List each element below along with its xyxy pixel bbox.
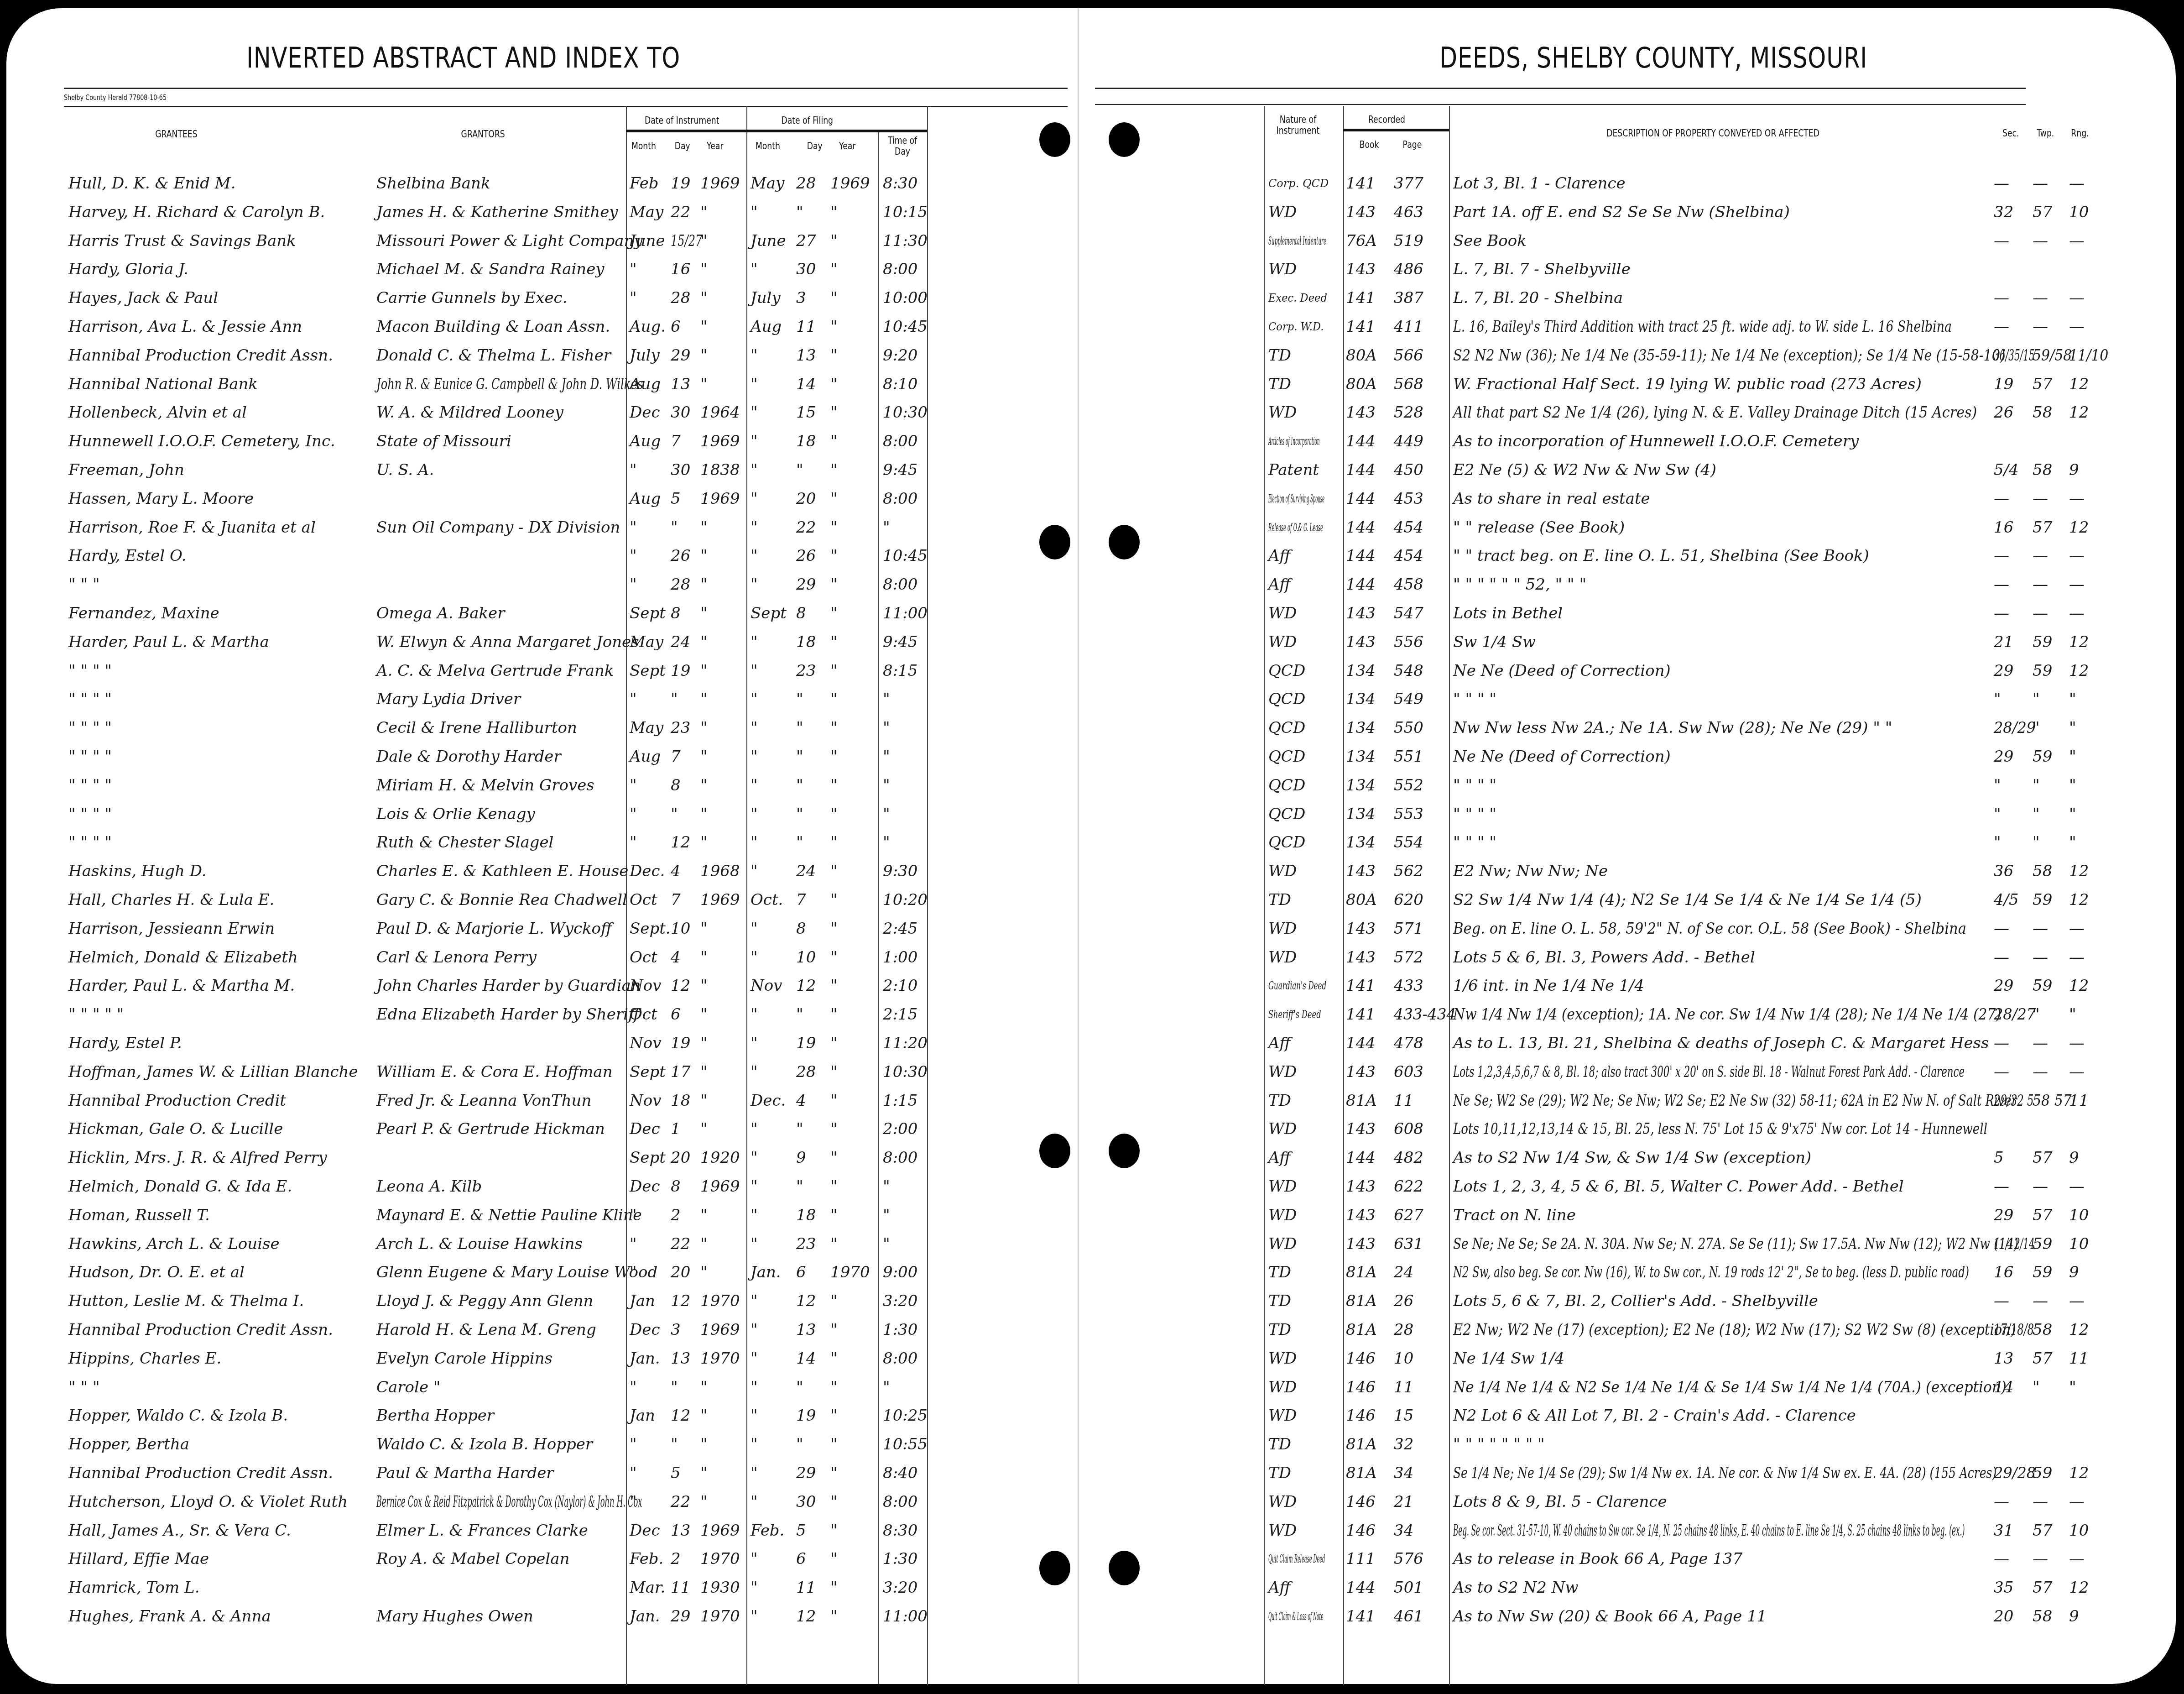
grantee: Hawkins, Arch L. & Louise: [68, 1229, 280, 1259]
inst-month: ": [630, 283, 637, 313]
time-of-day: 10:30: [883, 1057, 926, 1087]
nature-of-instrument: WD: [1268, 1401, 1297, 1430]
time-of-day: 8:00: [883, 570, 917, 599]
header-rule: [1095, 104, 2026, 105]
page: 10: [1394, 1344, 1413, 1373]
col-header-year: Year: [839, 141, 855, 152]
rng: 10: [2069, 1516, 2089, 1545]
file-year: 1970: [830, 1258, 870, 1287]
inst-year: 1969: [700, 1172, 740, 1201]
file-year: ": [830, 656, 838, 685]
file-month: ": [751, 685, 758, 714]
grantee: Hall, Charles H. & Lula E.: [68, 885, 274, 915]
book: 134: [1346, 742, 1376, 771]
file-day: ": [796, 1114, 803, 1144]
rng: 11/10: [2069, 341, 2099, 370]
grantee: Hardy, Estel P.: [68, 1029, 182, 1058]
inst-year: 1969: [700, 484, 740, 513]
nature-of-instrument: TD: [1268, 1430, 1291, 1459]
time-of-day: 10:15: [883, 198, 926, 227]
file-day: 19: [796, 1401, 816, 1430]
grantee: " " " ": [68, 685, 112, 714]
description: " " release (See Book): [1453, 513, 1625, 542]
file-day: 11: [796, 1573, 816, 1602]
nature-of-instrument: TD: [1268, 1086, 1291, 1115]
file-day: ": [796, 685, 803, 714]
grantor: James H. & Katherine Smithey: [376, 198, 618, 227]
rng: ": [2069, 1000, 2076, 1029]
col-header-grantors: GRANTORS: [461, 129, 505, 140]
inst-year: 1969: [700, 885, 740, 915]
time-of-day: 2:15: [883, 1000, 917, 1029]
book: 81A: [1346, 1086, 1377, 1115]
inst-year: ": [700, 828, 708, 857]
inst-year: ": [700, 800, 708, 829]
book: 141: [1346, 1000, 1376, 1029]
inst-month: ": [630, 1373, 637, 1402]
twp: 57: [2033, 1344, 2052, 1373]
nature-of-instrument: WD: [1268, 1373, 1297, 1402]
file-year: ": [830, 1172, 838, 1201]
nature-of-instrument: TD: [1268, 1315, 1291, 1344]
file-year: ": [830, 370, 838, 399]
file-day: 26: [796, 541, 816, 570]
description: Lots in Bethel: [1453, 599, 1563, 628]
col-divider: [1264, 106, 1265, 1685]
grantor: Mary Lydia Driver: [376, 685, 521, 714]
twp: —: [2033, 312, 2048, 341]
inst-month: Jan: [630, 1286, 655, 1316]
nature-of-instrument: WD: [1268, 198, 1297, 227]
file-year: ": [830, 599, 838, 628]
grantor: John Charles Harder by Guardian: [376, 971, 625, 1000]
twp: 57: [2033, 1573, 2052, 1602]
inst-month: Nov: [630, 1029, 661, 1058]
file-year: ": [830, 283, 838, 313]
inst-month: Oct: [630, 1000, 657, 1029]
description: As to release in Book 66 A, Page 137: [1453, 1544, 1742, 1574]
col-header-twp: Twp.: [2037, 128, 2054, 139]
book: 146: [1346, 1344, 1376, 1373]
page: 620: [1394, 885, 1423, 915]
page: 549: [1394, 685, 1423, 714]
grantor: Lois & Orlie Kenagy: [376, 800, 535, 829]
time-of-day: 8:00: [883, 1143, 917, 1172]
inst-day: 20: [671, 1258, 690, 1287]
grantor: Paul & Martha Harder: [376, 1459, 554, 1488]
file-day: 27: [796, 226, 816, 256]
inst-year: ": [700, 1114, 708, 1144]
book: 144: [1346, 570, 1376, 599]
description: Lots 5, 6 & 7, Bl. 2, Collier's Add. - S…: [1453, 1286, 1818, 1316]
file-day: 28: [796, 1057, 816, 1087]
twp: —: [2033, 914, 2048, 943]
time-of-day: 2:45: [883, 914, 917, 943]
book: 141: [1346, 1602, 1376, 1631]
file-year: ": [830, 943, 838, 972]
file-year: ": [830, 1143, 838, 1172]
grantee: Hippins, Charles E.: [68, 1344, 221, 1373]
inst-month: Aug: [630, 484, 661, 513]
inst-year: 1969: [700, 169, 740, 198]
file-day: 30: [796, 255, 816, 284]
description: As to S2 Nw 1/4 Sw, & Sw 1/4 Sw (excepti…: [1453, 1143, 1811, 1172]
grantee: Hamrick, Tom L.: [68, 1573, 200, 1602]
nature-of-instrument: QCD: [1268, 713, 1305, 742]
file-day: 29: [796, 570, 816, 599]
inst-year: ": [700, 627, 708, 657]
description: N2 Sw, also beg. Se cor. Nw (16), W. to …: [1453, 1258, 1808, 1287]
inst-year: ": [700, 914, 708, 943]
rng: —: [2069, 1057, 2085, 1087]
grantee: Hickman, Gale O. & Lucille: [68, 1114, 283, 1144]
grantor: Harold H. & Lena M. Greng: [376, 1315, 596, 1344]
inst-day: 13: [671, 1516, 690, 1545]
printer-imprint: Shelby County Herald 77808-10-65: [64, 94, 167, 102]
twp: —: [2033, 1286, 2048, 1316]
grantor: Paul D. & Marjorie L. Wyckoff: [376, 914, 612, 943]
file-year: ": [830, 198, 838, 227]
rng: 10: [2069, 1201, 2089, 1230]
time-of-day: 3:20: [883, 1286, 917, 1316]
page: 603: [1394, 1057, 1423, 1087]
book: 143: [1346, 1229, 1376, 1259]
twp: 59/58: [2033, 341, 2063, 370]
rng: 11: [2069, 1344, 2089, 1373]
file-year: ": [830, 885, 838, 915]
file-month: June: [751, 226, 786, 256]
page: 501: [1394, 1573, 1423, 1602]
file-day: 4: [796, 1086, 806, 1115]
time-of-day: 10:25: [883, 1401, 926, 1430]
nature-of-instrument: Aff: [1268, 541, 1291, 570]
grantee: Hopper, Bertha: [68, 1430, 189, 1459]
file-year: ": [830, 857, 838, 886]
file-day: 18: [796, 627, 816, 657]
file-month: May: [751, 169, 784, 198]
time-of-day: 8:00: [883, 1487, 917, 1516]
description: Lot 3, Bl. 1 - Clarence: [1453, 169, 1626, 198]
file-month: ": [751, 1315, 758, 1344]
inst-year: ": [700, 541, 708, 570]
grantee: Harrison, Jessieann Erwin: [68, 914, 275, 943]
twp: 58: [2033, 1602, 2052, 1631]
file-year: ": [830, 1315, 838, 1344]
inst-year: ": [700, 599, 708, 628]
time-of-day: 1:00: [883, 943, 917, 972]
col-header-month: Month: [756, 141, 780, 152]
description: As to L. 13, Bl. 21, Shelbina & deaths o…: [1453, 1029, 1978, 1058]
file-year: ": [830, 570, 838, 599]
grantee: Hall, James A., Sr. & Vera C.: [68, 1516, 291, 1545]
grantor: Michael M. & Sandra Rainey: [376, 255, 605, 284]
book: 80A: [1346, 370, 1377, 399]
book: 141: [1346, 169, 1376, 198]
sec: 16: [1994, 1258, 2013, 1287]
sec: ": [1994, 685, 2001, 714]
description: Ne 1/4 Sw 1/4: [1453, 1344, 1564, 1373]
book: 143: [1346, 857, 1376, 886]
book: 111: [1346, 1544, 1376, 1574]
time-of-day: ": [883, 513, 890, 542]
nature-of-instrument: WD: [1268, 599, 1297, 628]
sec: 29: [1994, 656, 2013, 685]
file-month: ": [751, 1401, 758, 1430]
file-month: ": [751, 914, 758, 943]
book: 134: [1346, 656, 1376, 685]
book: 146: [1346, 1373, 1376, 1402]
file-year: ": [830, 1286, 838, 1316]
sec: —: [1994, 1029, 2009, 1058]
twp: 58: [2033, 455, 2052, 485]
rng: —: [2069, 1029, 2085, 1058]
description: Se Ne; Ne Se; Se 2A. N. 30A. Nw Se; N. 2…: [1453, 1229, 1856, 1259]
col-divider: [746, 106, 747, 1685]
file-month: July: [751, 283, 781, 313]
inst-day: 26: [671, 541, 690, 570]
grantee: " " " ": [68, 828, 112, 857]
grantee: Hollenbeck, Alvin et al: [68, 398, 247, 427]
grantee: Hughes, Frank A. & Anna: [68, 1602, 271, 1631]
nature-of-instrument: TD: [1268, 885, 1291, 915]
col-divider: [1449, 106, 1450, 1685]
inst-year: 1969: [700, 427, 740, 456]
file-month: ": [751, 1114, 758, 1144]
rng: ": [2069, 685, 2076, 714]
inst-month: Nov: [630, 1086, 661, 1115]
book: 146: [1346, 1487, 1376, 1516]
grantee: " " ": [68, 570, 100, 599]
grantee: Harrison, Roe F. & Juanita et al: [68, 513, 316, 542]
grantee: " " " ": [68, 656, 112, 685]
grantor: Charles E. & Kathleen E. House: [376, 857, 625, 886]
grantor: Shelbina Bank: [376, 169, 490, 198]
time-of-day: ": [883, 685, 890, 714]
sec: —: [1994, 599, 2009, 628]
book: 141: [1346, 971, 1376, 1000]
time-of-day: 10:30: [883, 398, 926, 427]
file-year: ": [830, 1344, 838, 1373]
inst-year: ": [700, 1401, 708, 1430]
grantor: Ruth & Chester Slagel: [376, 828, 553, 857]
inst-day: 5: [671, 484, 681, 513]
file-month: ": [751, 1487, 758, 1516]
nature-of-instrument: Corp. QCD: [1268, 169, 1329, 198]
col-header-page: Page: [1403, 139, 1422, 150]
twp: —: [2033, 1544, 2048, 1574]
col-header-description: DESCRIPTION OF PROPERTY CONVEYED OR AFFE…: [1606, 128, 1819, 139]
book: 134: [1346, 800, 1376, 829]
grantee: Fernandez, Maxine: [68, 599, 219, 628]
file-month: ": [751, 455, 758, 485]
time-of-day: 2:10: [883, 971, 917, 1000]
inst-day: 2: [671, 1544, 681, 1574]
time-of-day: ": [883, 1172, 890, 1201]
description: Part 1A. off E. end S2 Se Se Nw (Shelbin…: [1453, 198, 1790, 227]
inst-day: 22: [671, 1487, 690, 1516]
file-month: ": [751, 1143, 758, 1172]
inst-day: 6: [671, 1000, 681, 1029]
page-title-right: DEEDS, SHELBY COUNTY, MISSOURI: [1439, 41, 1867, 74]
file-year: ": [830, 800, 838, 829]
book: 81A: [1346, 1258, 1377, 1287]
description: Ne Ne (Deed of Correction): [1453, 742, 1671, 771]
sec: 29: [1994, 742, 2013, 771]
inst-month: ": [630, 800, 637, 829]
file-month: ": [751, 1344, 758, 1373]
grantee: Helmich, Donald G. & Ida E.: [68, 1172, 292, 1201]
page: 34: [1394, 1516, 1413, 1545]
twp: 57: [2033, 1516, 2052, 1545]
description: Sw 1/4 Sw: [1453, 627, 1536, 657]
inst-year: ": [700, 283, 708, 313]
rng: —: [2069, 1544, 2085, 1574]
twp: 57: [2033, 370, 2052, 399]
nature-of-instrument: QCD: [1268, 685, 1305, 714]
twp: —: [2033, 484, 2048, 513]
time-of-day: 9:20: [883, 341, 917, 370]
book: 76A: [1346, 226, 1377, 256]
grantor: Bernice Cox & Reid Fitzpatrick & Dorothy…: [376, 1487, 495, 1516]
file-year: ": [830, 427, 838, 456]
file-day: ": [796, 1430, 803, 1459]
binder-hole: [1109, 1551, 1140, 1585]
book: 143: [1346, 255, 1376, 284]
file-month: ": [751, 627, 758, 657]
inst-day: 15/27: [671, 226, 690, 256]
inst-day: 13: [671, 370, 690, 399]
grantor: Maynard E. & Nettie Pauline Kline: [376, 1201, 618, 1230]
inst-day: 29: [671, 1602, 690, 1631]
binder-hole: [1109, 122, 1140, 157]
twp: 59: [2033, 627, 2052, 657]
time-of-day: 11:30: [883, 226, 926, 256]
nature-of-instrument: Articles of Incorporation: [1268, 427, 1296, 456]
inst-month: Sept: [630, 1057, 666, 1087]
file-day: ": [796, 828, 803, 857]
file-year: ": [830, 1373, 838, 1402]
rng: 10: [2069, 1229, 2089, 1259]
file-day: 20: [796, 484, 816, 513]
rng: ": [2069, 742, 2076, 771]
inst-day: 23: [671, 713, 690, 742]
nature-of-instrument: Sheriff's Deed: [1268, 1000, 1318, 1029]
file-month: ": [751, 513, 758, 542]
grantor: Bertha Hopper: [376, 1401, 494, 1430]
nature-of-instrument: QCD: [1268, 742, 1305, 771]
page: 562: [1394, 857, 1423, 886]
page: 627: [1394, 1201, 1423, 1230]
header-rule: [64, 106, 1068, 107]
file-month: ": [751, 713, 758, 742]
grantee: Harris Trust & Savings Bank: [68, 226, 296, 256]
inst-day: 6: [671, 312, 681, 341]
file-month: Dec.: [751, 1086, 786, 1115]
page: 32: [1394, 1430, 1413, 1459]
description: As to S2 N2 Nw: [1453, 1573, 1579, 1602]
page-title-left: INVERTED ABSTRACT AND INDEX TO: [246, 41, 680, 74]
time-of-day: 10:45: [883, 541, 926, 570]
grantor: Evelyn Carole Hippins: [376, 1344, 553, 1373]
rng: 12: [2069, 885, 2089, 915]
inst-day: 18: [671, 1086, 690, 1115]
sec: 5: [1994, 1143, 2004, 1172]
rng: ": [2069, 771, 2076, 800]
twp: 58: [2033, 857, 2052, 886]
inst-month: Sept: [630, 599, 666, 628]
col-header-book: Book: [1360, 139, 1379, 150]
description: E2 Ne (5) & W2 Nw & Nw Sw (4): [1453, 455, 1716, 485]
time-of-day: 8:15: [883, 656, 917, 685]
twp: 59: [2033, 742, 2052, 771]
inst-month: Dec: [630, 1315, 660, 1344]
nature-of-instrument: QCD: [1268, 656, 1305, 685]
page: 461: [1394, 1602, 1423, 1631]
sec: ": [1994, 828, 2001, 857]
grantor: Mary Hughes Owen: [376, 1602, 533, 1631]
file-day: 8: [796, 914, 806, 943]
inst-day: 24: [671, 627, 690, 657]
sec: —: [1994, 914, 2009, 943]
grantor: Carrie Gunnels by Exec.: [376, 283, 567, 313]
file-month: ": [751, 427, 758, 456]
grantee: Hunnewell I.O.O.F. Cemetery, Inc.: [68, 427, 335, 456]
file-day: ": [796, 1172, 803, 1201]
description: Lots 5 & 6, Bl. 3, Powers Add. - Bethel: [1453, 943, 1755, 972]
time-of-day: 8:30: [883, 169, 917, 198]
file-month: Feb.: [751, 1516, 784, 1545]
twp: ": [2033, 685, 2040, 714]
nature-of-instrument: Aff: [1268, 1029, 1291, 1058]
inst-year: ": [700, 742, 708, 771]
page: 548: [1394, 656, 1423, 685]
inst-day: 2: [671, 1201, 681, 1230]
inst-month: ": [630, 771, 637, 800]
sec: —: [1994, 312, 2009, 341]
grantee: Hudson, Dr. O. E. et al: [68, 1258, 245, 1287]
grantee: Hardy, Gloria J.: [68, 255, 188, 284]
inst-day: ": [671, 800, 678, 829]
rng: 12: [2069, 1315, 2089, 1344]
inst-day: 7: [671, 885, 681, 915]
twp: —: [2033, 226, 2048, 256]
description: L. 16, Bailey's Third Addition with trac…: [1453, 312, 1866, 341]
inst-day: 17: [671, 1057, 690, 1087]
grantee: Hull, D. K. & Enid M.: [68, 169, 235, 198]
sec: 29/32 5: [1994, 1086, 2018, 1115]
inst-month: Feb: [630, 169, 659, 198]
file-month: ": [751, 198, 758, 227]
rng: —: [2069, 943, 2085, 972]
file-year: ": [830, 1573, 838, 1602]
rng: ": [2069, 1373, 2076, 1402]
description: As to incorporation of Hunnewell I.O.O.F…: [1453, 427, 1859, 456]
twp: —: [2033, 1172, 2048, 1201]
grantor: W. A. & Mildred Looney: [376, 398, 563, 427]
page: 26: [1394, 1286, 1413, 1316]
page: 482: [1394, 1143, 1423, 1172]
rng: 12: [2069, 370, 2089, 399]
inst-year: 1969: [700, 1315, 740, 1344]
time-of-day: 8:00: [883, 1344, 917, 1373]
time-of-day: ": [883, 713, 890, 742]
rng: —: [2069, 1286, 2085, 1316]
grantee: Hassen, Mary L. Moore: [68, 484, 254, 513]
rng: ": [2069, 828, 2076, 857]
description: " " " ": [1453, 771, 1496, 800]
rng: —: [2069, 283, 2085, 313]
file-year: ": [830, 1487, 838, 1516]
